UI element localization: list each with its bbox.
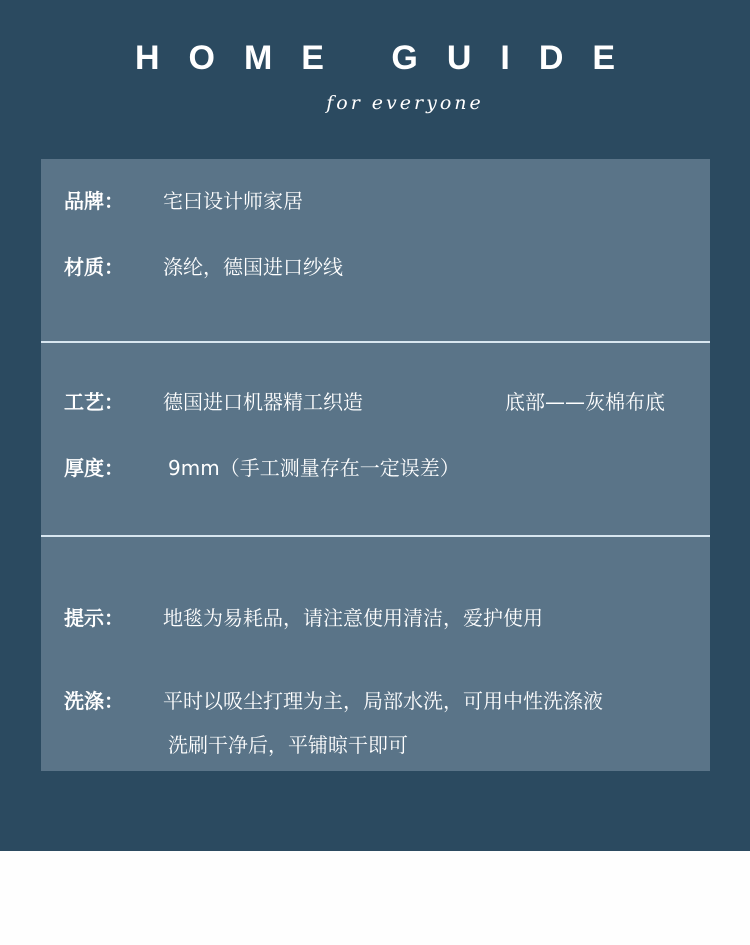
section-divider — [41, 341, 710, 343]
info-label: 品牌： — [64, 186, 124, 216]
info-value: 宅曰设计师家居 — [163, 186, 303, 216]
info-value: 涤纶，德国进口纱线 — [163, 252, 343, 282]
page-background: HOME GUIDE for everyone 品牌： 宅曰设计师家居 材质： … — [0, 0, 750, 851]
page-title: HOME GUIDE — [0, 38, 750, 78]
info-label: 洗涤： — [64, 686, 124, 716]
info-value: 平时以吸尘打理为主，局部水洗，可用中性洗涤液 — [163, 686, 603, 716]
info-value: 洗刷干净后，平铺晾干即可 — [168, 730, 408, 760]
info-value: 地毯为易耗品，请注意使用清洁，爱护使用 — [163, 603, 543, 633]
bottom-blank-area — [0, 851, 750, 945]
info-value: 9mm（手工测量存在一定误差） — [168, 453, 460, 483]
info-value-bottom: 底部——灰棉布底 — [505, 387, 665, 417]
page-subtitle: for everyone — [0, 88, 750, 118]
product-info-panel: 品牌： 宅曰设计师家居 材质： 涤纶，德国进口纱线 工艺： 德国进口机器精工织造… — [41, 159, 710, 771]
info-label: 厚度： — [64, 453, 124, 483]
info-label: 工艺： — [64, 387, 124, 417]
section-divider — [41, 535, 710, 537]
info-label: 材质： — [64, 252, 124, 282]
info-label: 提示： — [64, 603, 124, 633]
info-value: 德国进口机器精工织造 — [163, 387, 363, 417]
